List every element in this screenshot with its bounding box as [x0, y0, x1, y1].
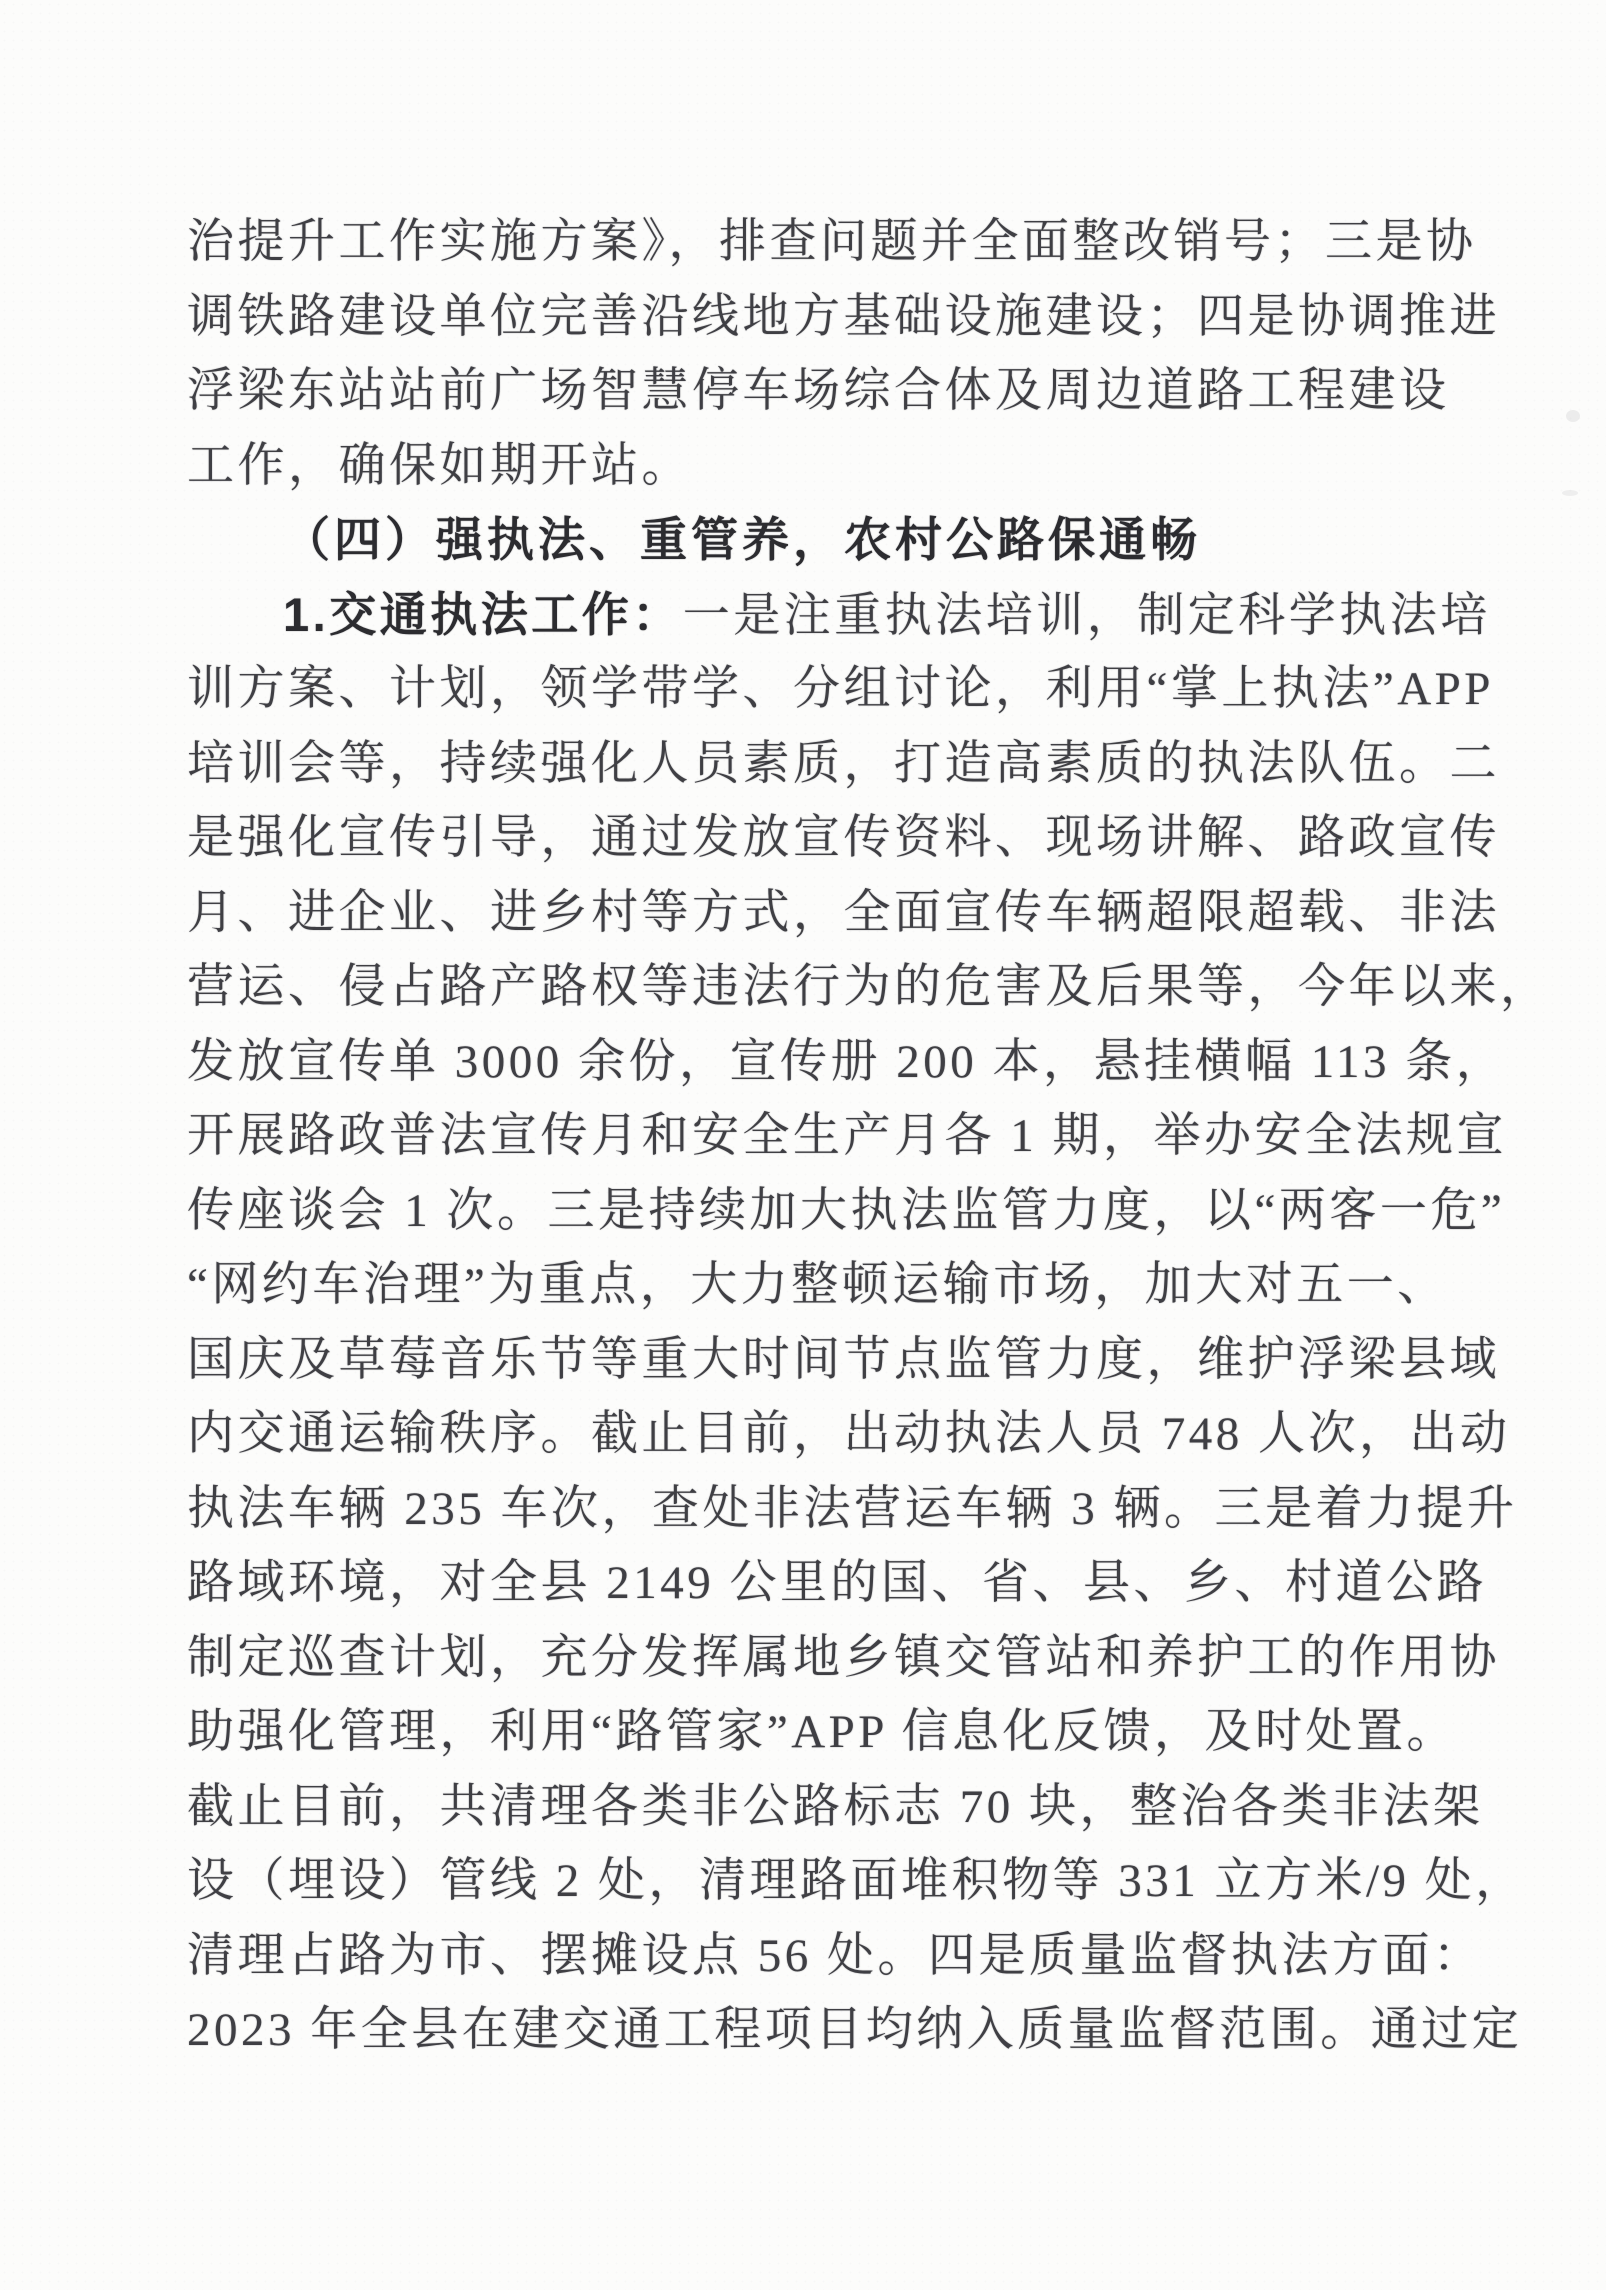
text-line: 是强化宣传引导，通过发放宣传资料、现场讲解、路政宣传	[187, 801, 1472, 876]
text-line: 2023 年全县在建交通工程项目均纳入质量监督范围。通过定	[187, 1993, 1472, 2068]
text-line: 传座谈会 1 次。三是持续加大执法监管力度，以“两客一危”	[187, 1174, 1472, 1249]
text-run: 一是注重执法培训，制定科学执法培	[683, 590, 1491, 642]
text-line: 调铁路建设单位完善沿线地方基础设施建设；四是协调推进	[187, 280, 1472, 355]
text-line: 制定巡查计划，充分发挥属地乡镇交管站和养护工的作用协	[187, 1621, 1472, 1696]
scan-artifact	[1566, 410, 1580, 422]
text-line: 执法车辆 235 车次，查处非法营运车辆 3 辆。三是着力提升	[187, 1472, 1472, 1547]
text-line: 工作，确保如期开站。	[187, 429, 1472, 504]
text-line: 治提升工作实施方案》，排查问题并全面整改销号；三是协	[187, 205, 1472, 280]
paragraph-number-label: 1.交通执法工作：	[283, 588, 683, 641]
document-page: 治提升工作实施方案》，排查问题并全面整改销号；三是协 调铁路建设单位完善沿线地方…	[0, 0, 1606, 2290]
section-heading: （四）强执法、重管养，农村公路保通畅	[187, 503, 1472, 578]
text-line: 内交通运输秩序。截止目前，出动执法人员 748 人次，出动	[187, 1397, 1472, 1472]
text-line: 培训会等，持续强化人员素质，打造高素质的执法队伍。二	[187, 727, 1472, 802]
text-line: 营运、侵占路产路权等违法行为的危害及后果等，今年以来，	[187, 950, 1472, 1025]
text-line: 国庆及草莓音乐节等重大时间节点监管力度，维护浮梁县域	[187, 1323, 1472, 1398]
document-text-block: 治提升工作实施方案》，排查问题并全面整改销号；三是协 调铁路建设单位完善沿线地方…	[187, 205, 1472, 2068]
text-line: 训方案、计划，领学带学、分组讨论，利用“掌上执法”APP	[187, 652, 1472, 727]
text-line: 截止目前，共清理各类非公路标志 70 块，整治各类非法架	[187, 1770, 1472, 1845]
text-line: 清理占路为市、摆摊设点 56 处。四是质量监督执法方面：	[187, 1919, 1472, 1994]
text-line: 设（埋设）管线 2 处，清理路面堆积物等 331 立方米/9 处，	[187, 1844, 1472, 1919]
text-line: 浮梁东站站前广场智慧停车场综合体及周边道路工程建设	[187, 354, 1472, 429]
text-line: 发放宣传单 3000 余份，宣传册 200 本，悬挂横幅 113 条，	[187, 1025, 1472, 1100]
text-line: “网约车治理”为重点，大力整顿运输市场，加大对五一、	[187, 1248, 1472, 1323]
text-line: 路域环境，对全县 2149 公里的国、省、县、乡、村道公路	[187, 1546, 1472, 1621]
text-line: 月、进企业、进乡村等方式，全面宣传车辆超限超载、非法	[187, 876, 1472, 951]
text-line: 开展路政普法宣传月和安全生产月各 1 期，举办安全法规宣	[187, 1099, 1472, 1174]
text-line: 助强化管理，利用“路管家”APP 信息化反馈，及时处置。	[187, 1695, 1472, 1770]
scan-artifact	[1562, 490, 1578, 496]
text-line: 1.交通执法工作：一是注重执法培训，制定科学执法培	[187, 578, 1472, 653]
